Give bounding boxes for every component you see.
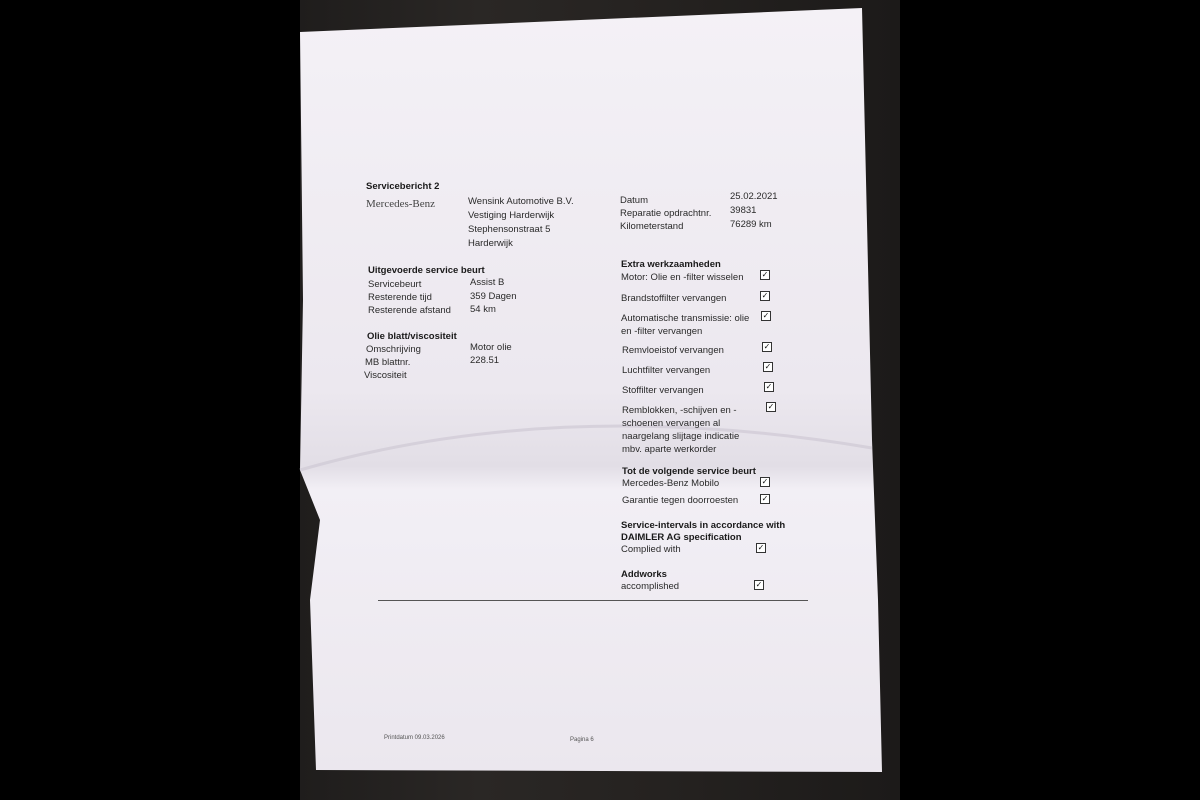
service-title: Uitgevoerde service beurt <box>368 265 485 276</box>
extra-item: Remvloeistof vervangen <box>622 345 724 356</box>
checkbox[interactable]: ✓ <box>756 543 766 553</box>
service-label: Resterende afstand <box>368 305 451 316</box>
paper-shape <box>0 0 1200 800</box>
extra-item: Remblokken, -schijven en - <box>622 405 737 416</box>
oil-value: 228.51 <box>470 355 499 366</box>
checkbox[interactable]: ✓ <box>763 362 773 372</box>
meta-label: Datum <box>620 195 648 206</box>
divider <box>378 600 808 601</box>
oil-label: Omschrijving <box>366 344 421 355</box>
dealer-line: Vestiging Harderwijk <box>468 210 554 221</box>
meta-label: Kilometerstand <box>620 221 683 232</box>
oil-label: Viscositeit <box>364 370 407 381</box>
checkbox[interactable]: ✓ <box>766 402 776 412</box>
addworks-label: accomplished <box>621 581 679 592</box>
checkbox[interactable]: ✓ <box>760 270 770 280</box>
extra-item: Luchtfilter vervangen <box>622 365 710 376</box>
extra-item: Stoffilter vervangen <box>622 385 704 396</box>
intervals-title: Service-intervals in accordance with <box>621 520 785 531</box>
print-date: Printdatum 09.03.2026 <box>384 735 445 741</box>
checkbox[interactable]: ✓ <box>754 580 764 590</box>
checkbox[interactable]: ✓ <box>761 311 771 321</box>
paper-sheet: Servicebericht 2 Mercedes-Benz Wensink A… <box>0 0 1200 800</box>
addworks-title: Addworks <box>621 569 667 580</box>
meta-value: 76289 km <box>730 219 772 230</box>
next-title: Tot de volgende service beurt <box>622 466 756 477</box>
checkbox[interactable]: ✓ <box>760 477 770 487</box>
service-label: Resterende tijd <box>368 292 432 303</box>
extra-item: en -filter vervangen <box>621 326 702 337</box>
extra-item: schoenen vervangen al <box>622 418 720 429</box>
service-value: Assist B <box>470 277 504 288</box>
extra-item: mbv. aparte werkorder <box>622 444 716 455</box>
extra-title: Extra werkzaamheden <box>621 259 721 270</box>
next-item: Garantie tegen doorroesten <box>622 495 738 506</box>
meta-label: Reparatie opdrachtnr. <box>620 208 711 219</box>
checkbox[interactable]: ✓ <box>762 342 772 352</box>
dealer-line: Stephensonstraat 5 <box>468 224 550 235</box>
extra-item: Motor: Olie en -filter wisselen <box>621 272 743 283</box>
next-item: Mercedes-Benz Mobilo <box>622 478 719 489</box>
oil-value: Motor olie <box>470 342 512 353</box>
service-label: Servicebeurt <box>368 279 421 290</box>
dealer-line: Harderwijk <box>468 238 513 249</box>
brand-name: Mercedes-Benz <box>366 198 435 210</box>
service-value: 54 km <box>470 304 496 315</box>
extra-item: Brandstoffilter vervangen <box>621 293 726 304</box>
oil-label: MB blattnr. <box>365 357 410 368</box>
checkbox[interactable]: ✓ <box>760 494 770 504</box>
service-value: 359 Dagen <box>470 291 516 302</box>
report-title: Servicebericht 2 <box>366 181 439 192</box>
page-number: Pagina 6 <box>570 737 594 743</box>
oil-title: Olie blatt/viscositeit <box>367 331 457 342</box>
meta-value: 39831 <box>730 205 756 216</box>
meta-value: 25.02.2021 <box>730 191 778 202</box>
intervals-label: Complied with <box>621 544 681 555</box>
extra-item: Automatische transmissie: olie <box>621 313 749 324</box>
checkbox[interactable]: ✓ <box>764 382 774 392</box>
extra-item: naargelang slijtage indicatie <box>622 431 739 442</box>
dealer-line: Wensink Automotive B.V. <box>468 196 574 207</box>
intervals-title: DAIMLER AG specification <box>621 532 742 543</box>
checkbox[interactable]: ✓ <box>760 291 770 301</box>
